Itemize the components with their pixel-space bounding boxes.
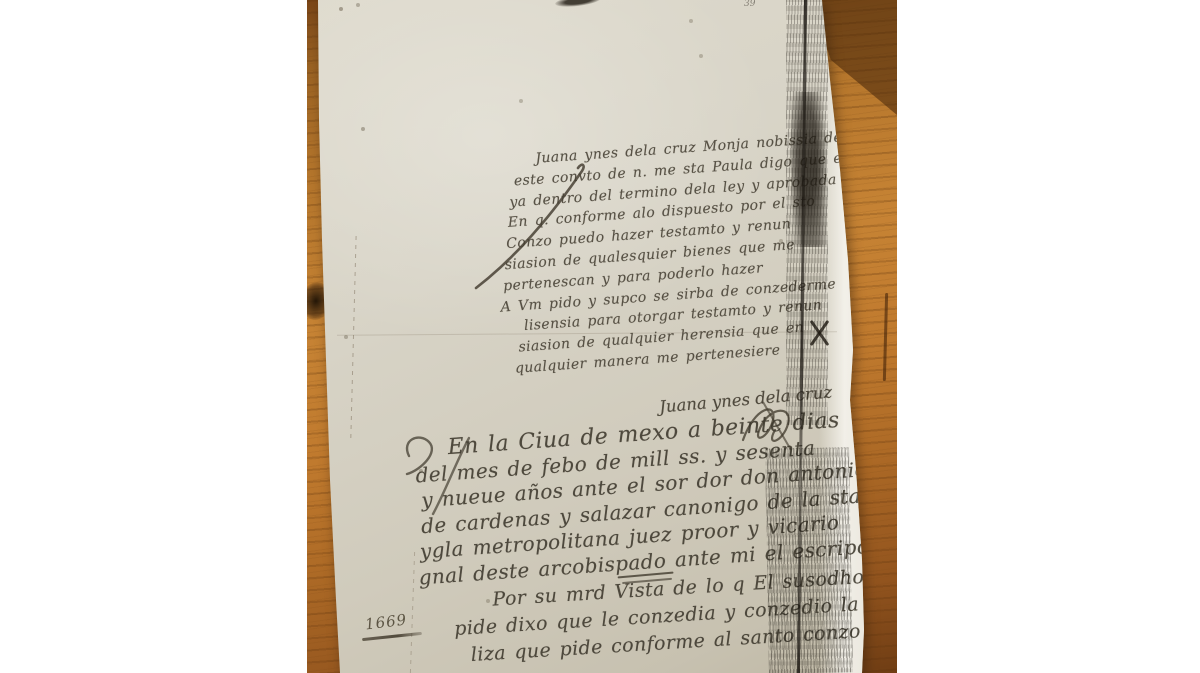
margin-year-note: 1669: [364, 610, 408, 633]
binding-cross-mark: [807, 318, 833, 348]
manuscript-photo: 39 Juana ynes dela cruz Monja nobissia d…: [307, 0, 897, 673]
paper-specks: [307, 0, 309, 2]
binding-ink-blot: [791, 92, 827, 247]
fold-crease-lower: [410, 552, 415, 673]
manuscript-page-wrap: 39 Juana ynes dela cruz Monja nobissia d…: [307, 0, 897, 673]
manuscript-page: 39 Juana ynes dela cruz Monja nobissia d…: [307, 0, 897, 673]
page: 39 Juana ynes dela cruz Monja nobissia d…: [0, 0, 1200, 673]
folio-number: 39: [744, 0, 755, 9]
binding-ink-hatch-lower: [765, 447, 853, 673]
ink-mark-top: [555, 0, 602, 9]
margin-year-underline: [362, 632, 422, 641]
